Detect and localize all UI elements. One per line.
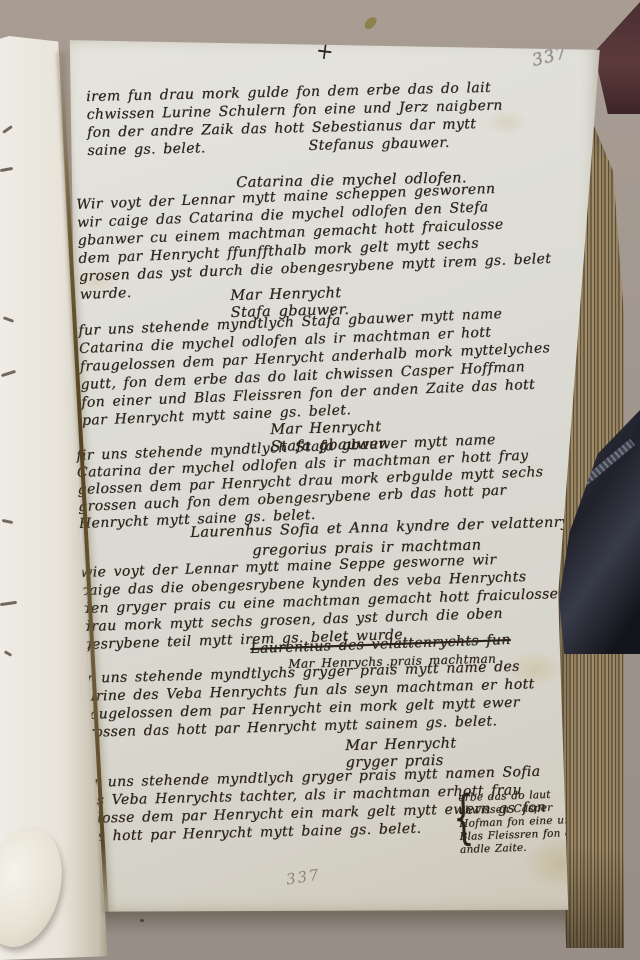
folio-number-bottom: 337 (285, 865, 322, 888)
manuscript-paragraph: irem fun drau mork gulde fon dem erbe da… (86, 79, 504, 160)
folio-number-pencil: 337 (530, 44, 569, 70)
book-cover-edge (594, 2, 640, 114)
leaf-speck (363, 15, 379, 32)
cross-mark: + (315, 40, 335, 63)
photo-backdrop: + 337 337 irem fun drau mork gulde fon d… (0, 0, 640, 960)
brace-icon: { (452, 787, 474, 846)
book-shadow (52, 908, 592, 934)
manuscript-paragraph: fir uns stehende myndtlychs gryger prais… (76, 657, 536, 742)
manuscript-paragraph: fur uns stehende myndtlych Stafa gbauwer… (78, 303, 553, 430)
manuscript-page: + 337 337 irem fun drau mork gulde fon d… (40, 34, 602, 916)
